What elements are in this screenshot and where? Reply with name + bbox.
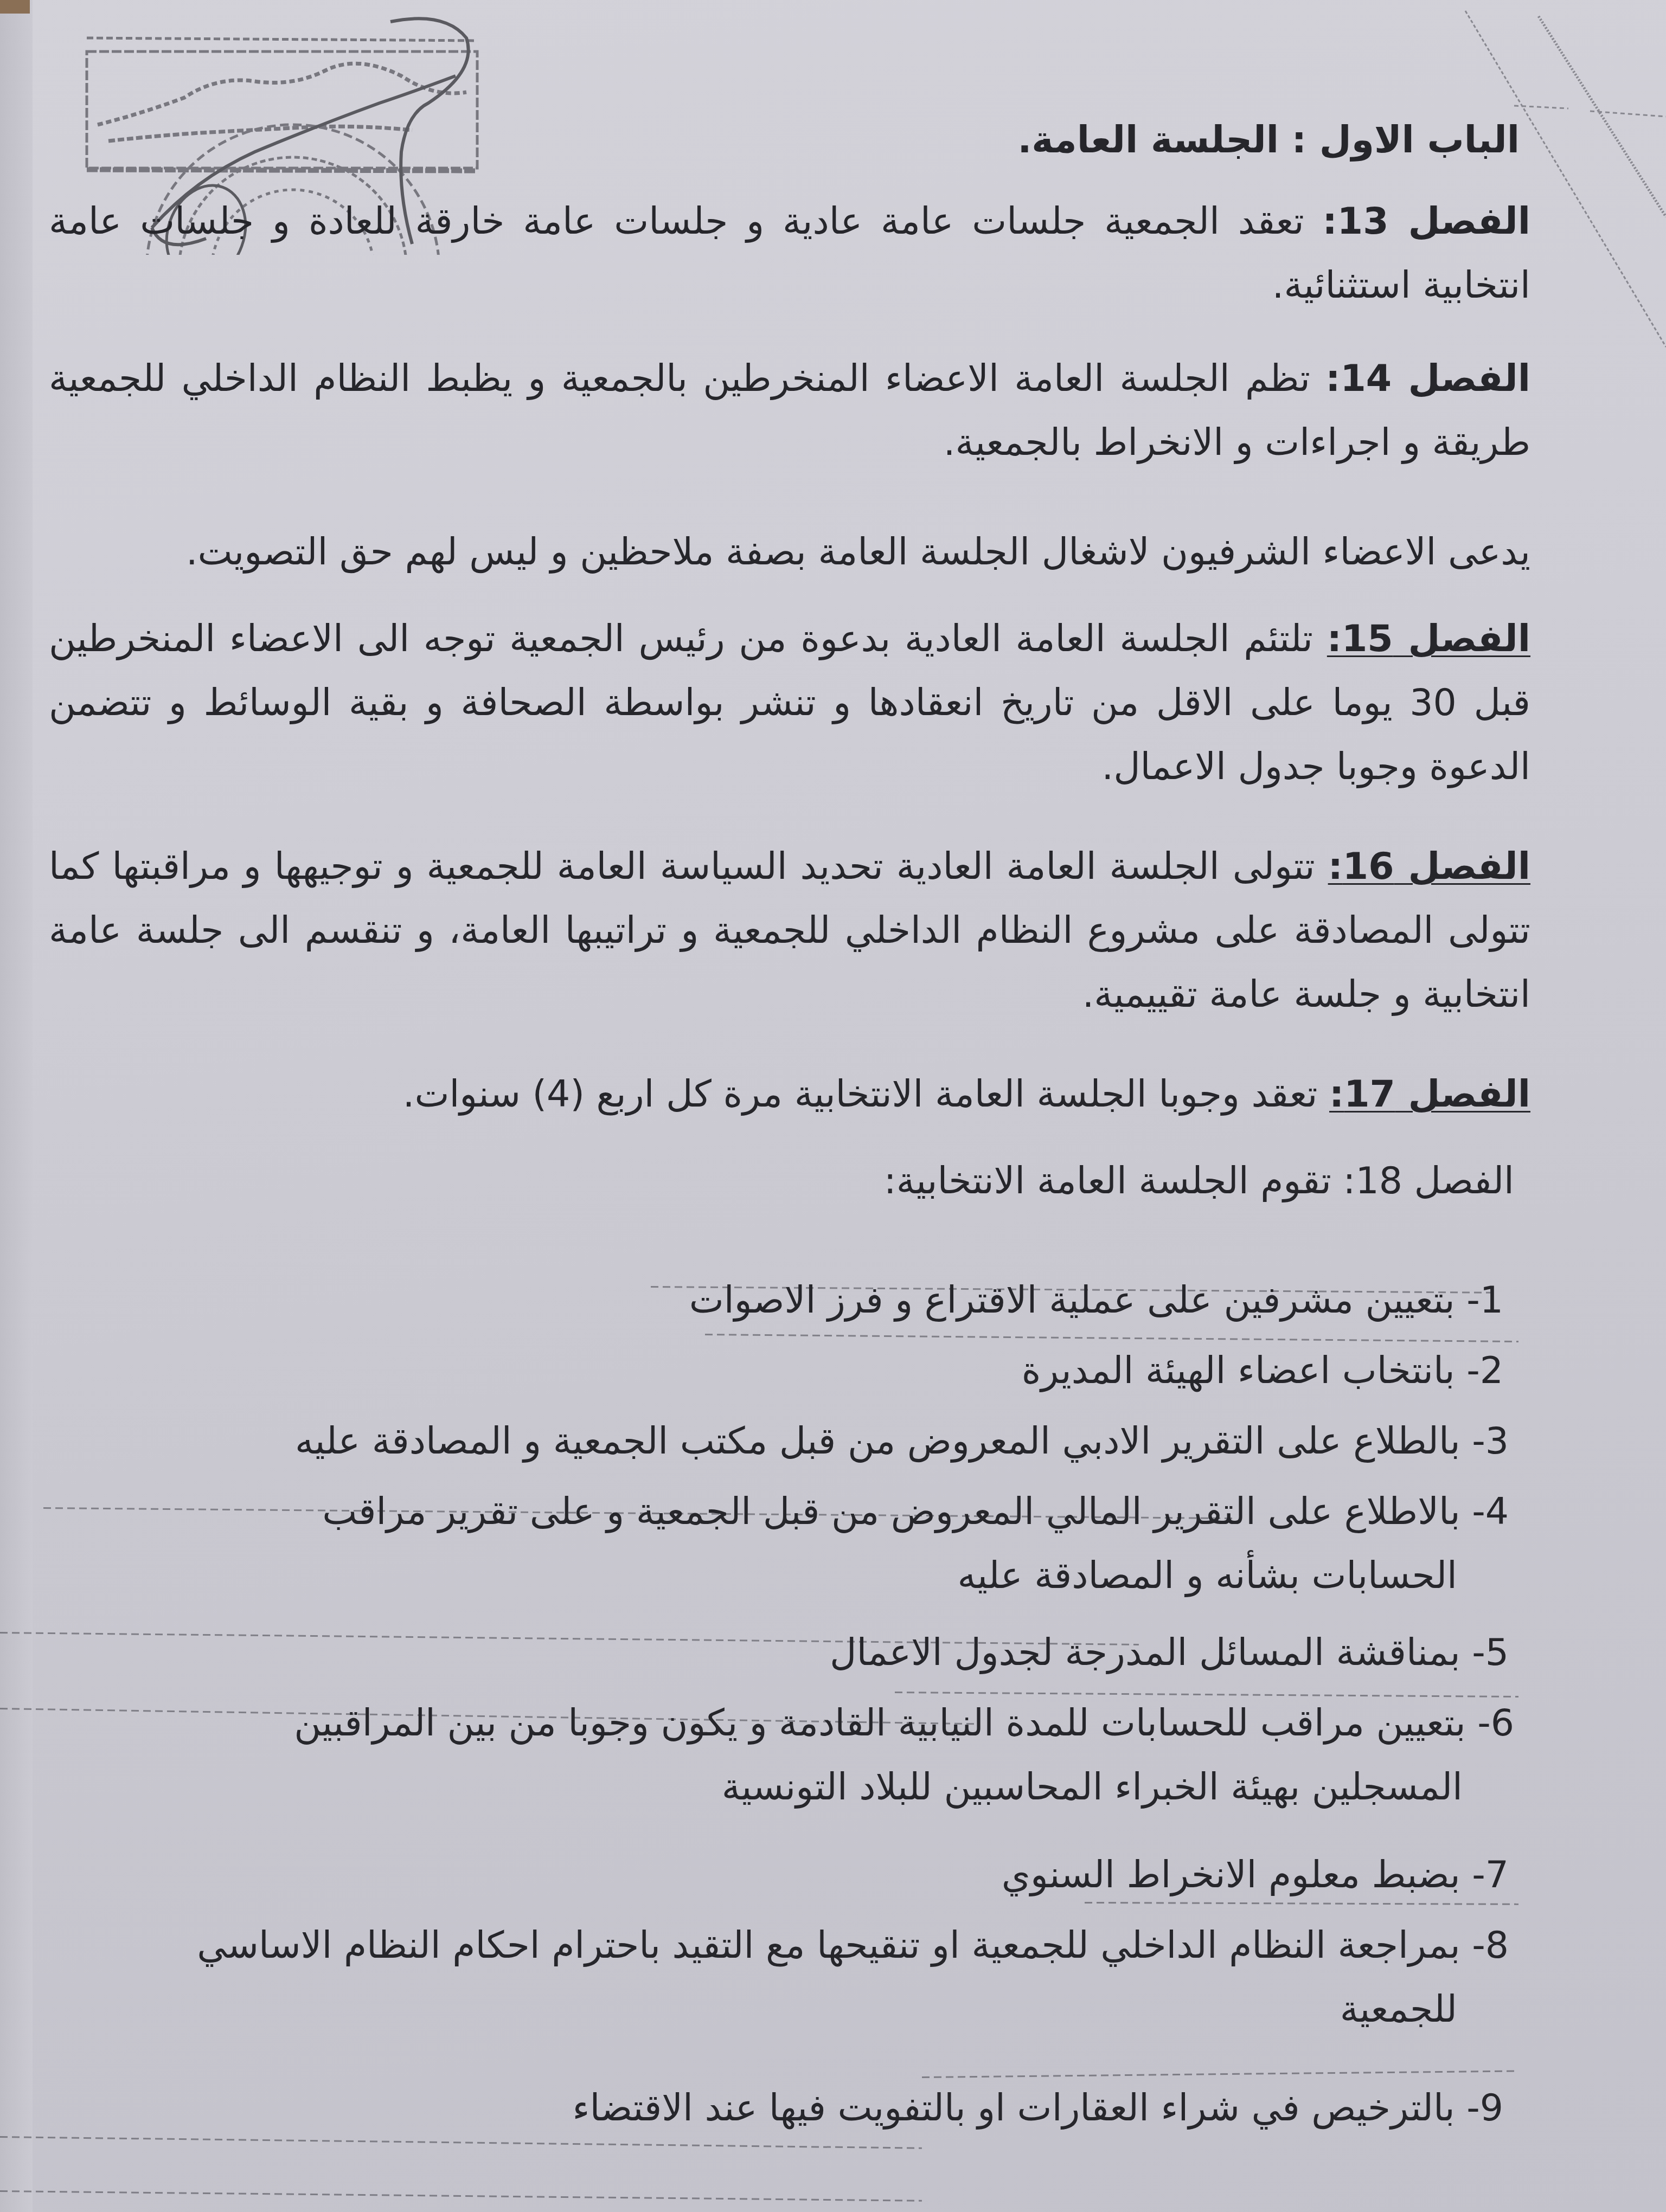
item-text: بتعيين مشرفين على عملية الاقتراع و فرز ا… — [689, 1279, 1455, 1322]
item-text: بضبط معلوم الانخراط السنوي — [1002, 1854, 1460, 1896]
article-text: تتولى الجلسة العامة العادية تحديد السياس… — [49, 845, 1530, 1016]
article-14: الفصل 14: تظم الجلسة العامة الاعضاء المن… — [49, 347, 1530, 475]
article-text: تلتئم الجلسة العامة العادية بدعوة من رئي… — [49, 618, 1530, 788]
item-text: بالطلاع على التقرير الادبي المعروض من قب… — [295, 1420, 1460, 1463]
list-item-1: 1- بتعيين مشرفين على عملية الاقتراع و فر… — [38, 1269, 1503, 1333]
article-text: تعقد الجمعية جلسات عامة عادية و جلسات عا… — [49, 200, 1530, 307]
article-label: الفصل 18: — [1343, 1160, 1514, 1203]
document-page: الباب الاول : الجلسة العامة. الفصل 13: ت… — [0, 0, 1666, 2212]
article-label: الفصل 17: — [1329, 1073, 1530, 1116]
list-item-4: 4- بالاطلاع على التقرير المالي المعروض م… — [38, 1480, 1509, 1608]
item-number: 6- — [1477, 1702, 1514, 1745]
item-continuation: الحسابات بشأنه و المصادقة عليه — [38, 1544, 1509, 1608]
list-item-8: 8- بمراجعة النظام الداخلي للجمعية او تنق… — [33, 1914, 1509, 2042]
article-16: الفصل 16: تتولى الجلسة العامة العادية تح… — [49, 835, 1530, 1027]
copy-streak — [0, 2190, 922, 2202]
item-text: بمناقشة المسائل المدرجة لجدول الاعمال — [830, 1631, 1460, 1674]
article-label: الفصل 13: — [1323, 200, 1530, 243]
article-label: الفصل 16: — [1328, 845, 1530, 888]
item-number: 7- — [1472, 1854, 1509, 1896]
article-17: الفصل 17: تعقد وجوبا الجلسة العامة الانت… — [304, 1063, 1530, 1127]
article-18: الفصل 18: تقوم الجلسة العامة الانتخابية: — [884, 1149, 1514, 1213]
article-13: الفصل 13: تعقد الجمعية جلسات عامة عادية … — [49, 190, 1530, 318]
item-number: 1- — [1466, 1279, 1503, 1322]
article-text: يدعى الاعضاء الشرفيون لاشغال الجلسة العا… — [186, 531, 1530, 574]
list-item-3: 3- بالطلاع على التقرير الادبي المعروض من… — [38, 1410, 1509, 1474]
item-text: بانتخاب اعضاء الهيئة المديرة — [1022, 1349, 1455, 1392]
item-text: بالترخيص في شراء العقارات او بالتفويت في… — [572, 2087, 1454, 2130]
chapter-heading: الباب الاول : الجلسة العامة. — [1017, 108, 1520, 172]
article-text: تظم الجلسة العامة الاعضاء المنخرطين بالج… — [49, 357, 1530, 464]
item-number: 8- — [1472, 1924, 1509, 1967]
list-item-9: 9- بالترخيص في شراء العقارات او بالتفويت… — [38, 2076, 1503, 2140]
item-number: 2- — [1466, 1349, 1503, 1392]
list-item-7: 7- بضبط معلوم الانخراط السنوي — [38, 1843, 1509, 1907]
item-text: بمراجعة النظام الداخلي للجمعية او تنقيحه… — [197, 1924, 1460, 1967]
item-number: 5- — [1472, 1631, 1509, 1674]
item-text: بالاطلاع على التقرير المالي المعروض من ق… — [322, 1490, 1460, 1533]
item-number: 9- — [1466, 2087, 1503, 2130]
list-item-2: 2- بانتخاب اعضاء الهيئة المديرة — [38, 1339, 1503, 1403]
article-label: الفصل 15: — [1327, 618, 1530, 660]
article-label: الفصل 14: — [1325, 357, 1530, 400]
honorary-members-note: يدعى الاعضاء الشرفيون لاشغال الجلسة العا… — [49, 520, 1530, 584]
list-item-6: 6- بتعيين مراقب للحسابات للمدة النيابية … — [22, 1692, 1514, 1819]
item-continuation: المسجلين بهيئة الخبراء المحاسبين للبلاد … — [22, 1756, 1514, 1819]
item-number: 4- — [1472, 1490, 1509, 1533]
item-continuation: للجمعية — [33, 1978, 1509, 2042]
list-item-5: 5- بمناقشة المسائل المدرجة لجدول الاعمال — [38, 1621, 1509, 1685]
article-15: الفصل 15: تلتئم الجلسة العامة العادية بد… — [49, 607, 1530, 799]
item-text: بتعيين مراقب للحسابات للمدة النيابية الق… — [294, 1702, 1465, 1745]
article-text: تقوم الجلسة العامة الانتخابية: — [884, 1160, 1331, 1203]
article-text: تعقد وجوبا الجلسة العامة الانتخابية مرة … — [403, 1073, 1318, 1116]
item-number: 3- — [1472, 1420, 1509, 1463]
